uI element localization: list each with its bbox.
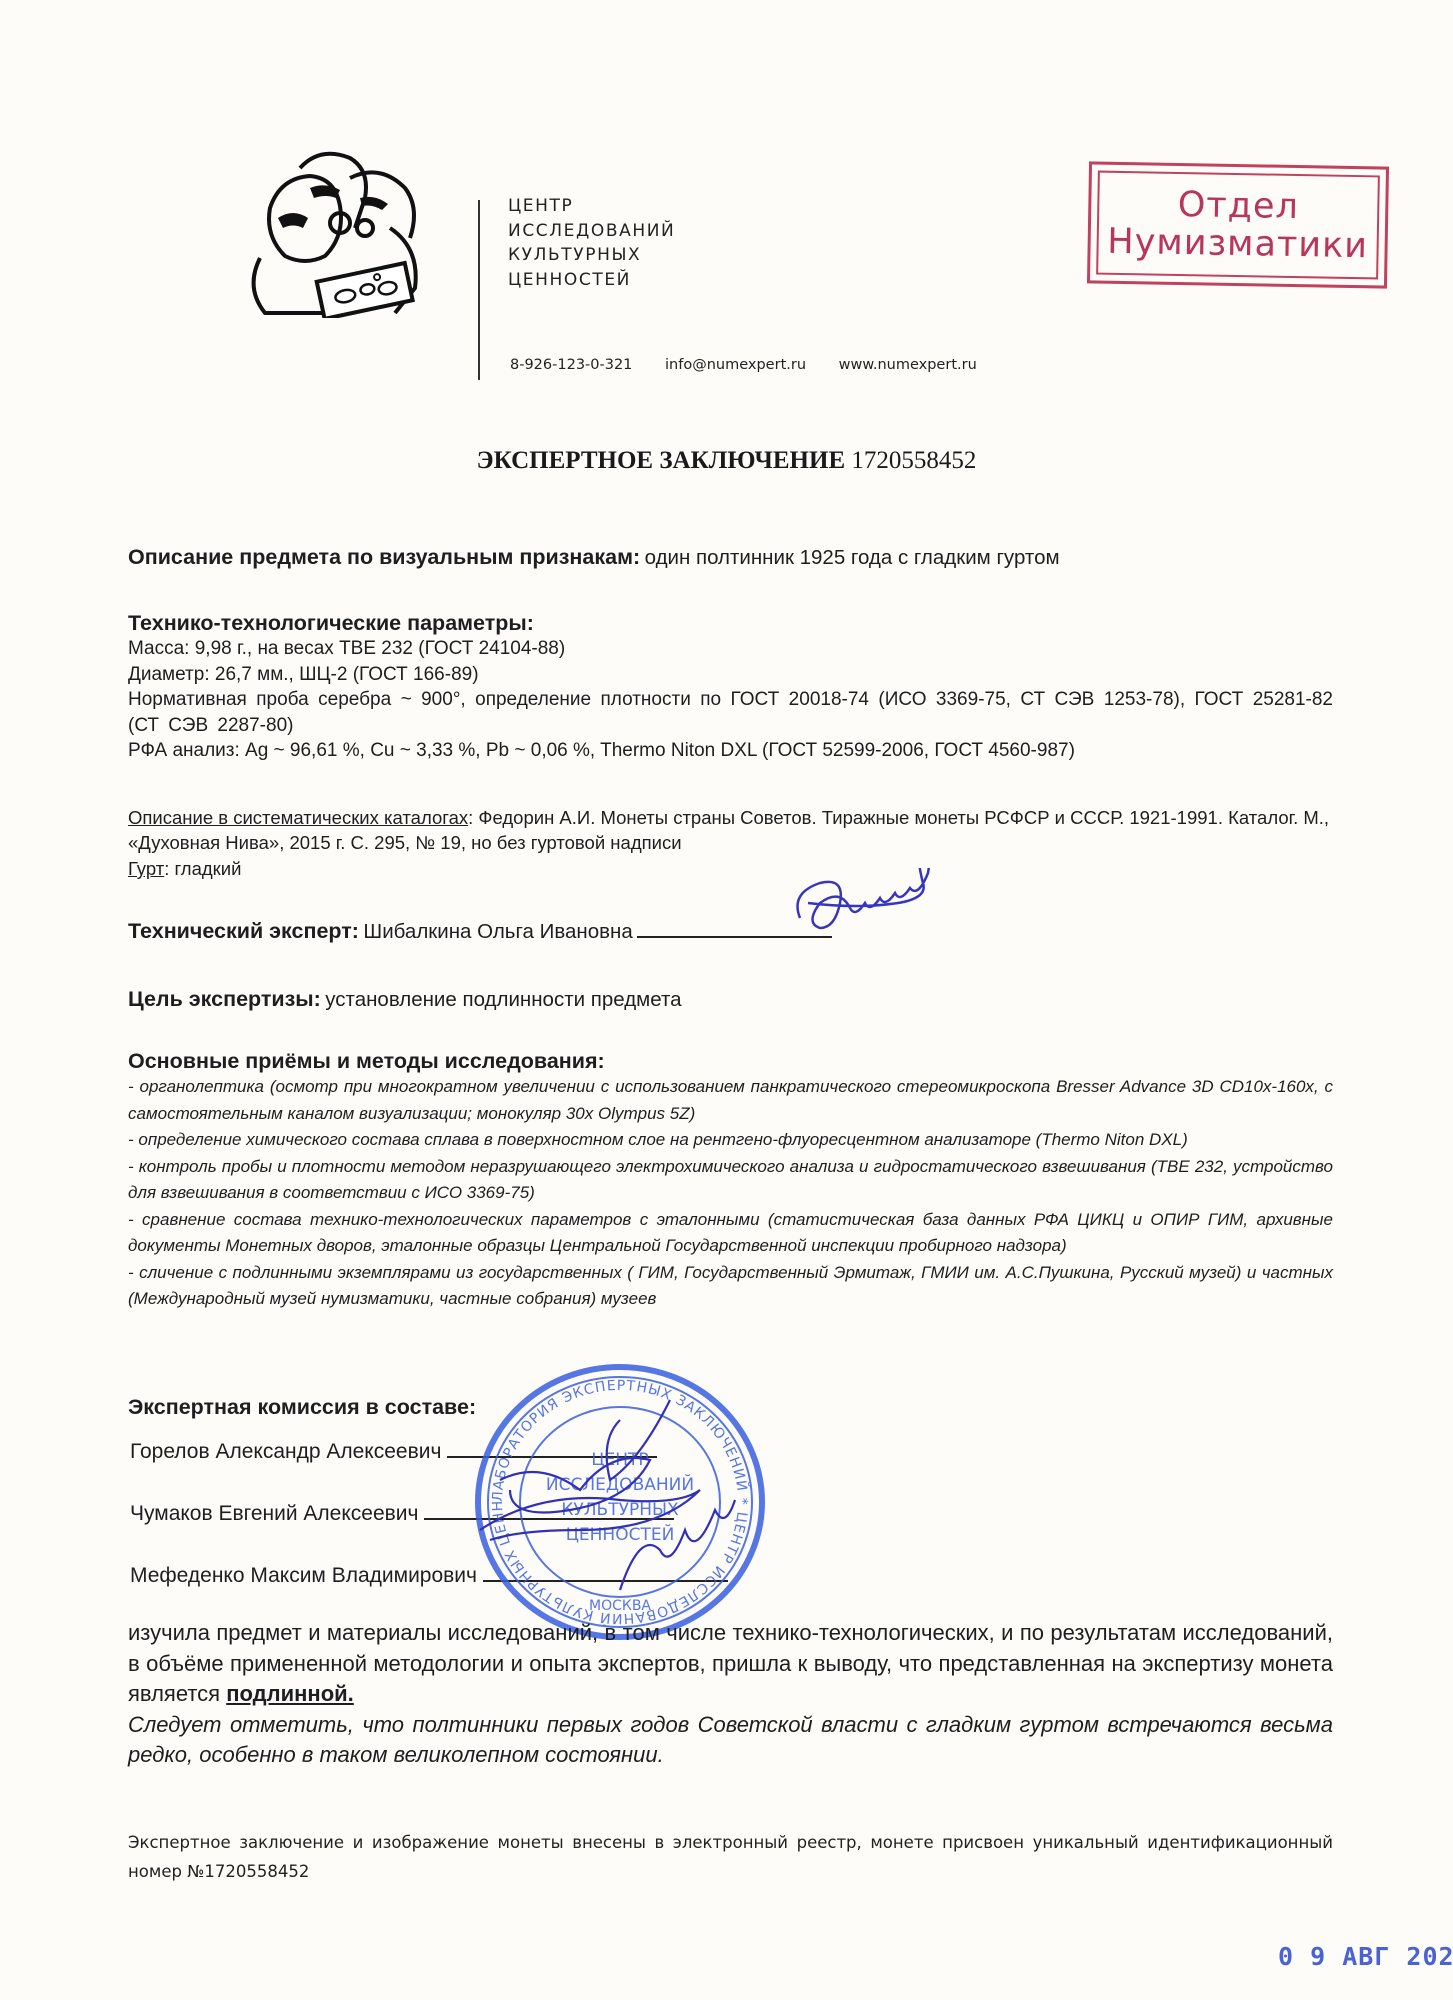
catalog-label: Описание в систематических каталогах: [128, 807, 468, 828]
tech-expert-label: Технический эксперт:: [128, 919, 359, 943]
method-item: - сравнение состава технико-технологичес…: [128, 1207, 1333, 1260]
svg-text:КУЛЬТУРНЫХ: КУЛЬТУРНЫХ: [561, 1500, 679, 1520]
registry-note: Экспертное заключение и изображение моне…: [128, 1828, 1333, 1886]
description-label: Описание предмета по визуальным признака…: [128, 545, 640, 569]
edge-info: Гурт: гладкий: [128, 856, 1333, 882]
dept-stamp-line: Отдел: [1177, 186, 1299, 226]
param-purity: Нормативная проба серебра ~ 900°, опреде…: [128, 687, 1333, 738]
org-line: КУЛЬТУРНЫХ: [508, 243, 675, 268]
header-divider: [478, 200, 480, 380]
purpose-label: Цель экспертизы:: [128, 987, 321, 1011]
certificate-number: 1720558452: [851, 447, 976, 474]
title-label: ЭКСПЕРТНОЕ ЗАКЛЮЧЕНИЕ: [477, 447, 846, 474]
email-link[interactable]: info@numexpert.ru: [665, 357, 806, 373]
edge-label: Гурт: [128, 858, 164, 879]
tech-params-label: Технико-технологические параметры:: [128, 610, 1333, 636]
purpose-value: установление подлинности предмета: [325, 988, 681, 1011]
conclusion-text: изучила предмет и материалы исследований…: [128, 1618, 1333, 1771]
phone-number: 8-926-123-0-321: [510, 357, 632, 373]
org-line: ЦЕНТР: [508, 194, 675, 219]
date-stamp: 0 9 АВГ 2023: [1278, 1942, 1453, 1971]
description-value: один полтинник 1925 года с гладким гурто…: [645, 546, 1060, 569]
svg-text:МОСКВА: МОСКВА: [589, 1598, 651, 1614]
org-line: ЦЕННОСТЕЙ: [508, 268, 675, 293]
tech-expert-signature-icon: [780, 868, 970, 948]
method-item: - определение химического состава сплава…: [128, 1127, 1333, 1154]
technical-parameters: Технико-технологические параметры: Масса…: [128, 610, 1333, 764]
department-stamp: Отдел Нумизматики: [1087, 161, 1389, 288]
tech-expert-name: Шибалкина Ольга Ивановна: [363, 920, 632, 943]
contacts-line: 8-926-123-0-321 info@numexpert.ru www.nu…: [510, 357, 1005, 373]
member-name: Мефеденко Максим Владимирович: [130, 1564, 477, 1587]
organization-name: ЦЕНТР ИССЛЕДОВАНИЙ КУЛЬТУРНЫХ ЦЕННОСТЕЙ: [508, 194, 675, 292]
member-name: Горелов Александр Алексеевич: [130, 1440, 441, 1463]
examination-purpose: Цель экспертизы: установление подлинност…: [128, 987, 1333, 1012]
dept-stamp-line: Нумизматики: [1107, 223, 1368, 266]
commission-label: Экспертная комиссия в составе:: [128, 1395, 476, 1419]
method-item: - контроль пробы и плотности методом нер…: [128, 1154, 1333, 1207]
verdict: подлинной.: [226, 1681, 354, 1706]
method-item: - органолептика (осмотр при многократном…: [128, 1074, 1333, 1127]
org-line: ИССЛЕДОВАНИЙ: [508, 219, 675, 244]
logo-experts-icon: [240, 148, 440, 318]
technical-expert: Технический эксперт: Шибалкина Ольга Ива…: [128, 918, 1333, 944]
catalog-reference: Описание в систематических каталогах: Фе…: [128, 805, 1333, 855]
research-methods: Основные приёмы и методы исследования: -…: [128, 1048, 1333, 1313]
param-mass: Масса: 9,98 г., на весах ТВЕ 232 (ГОСТ 2…: [128, 636, 1333, 662]
item-description: Описание предмета по визуальным признака…: [128, 545, 1333, 570]
member-name: Чумаков Евгений Алексеевич: [130, 1502, 418, 1525]
document-title: ЭКСПЕРТНОЕ ЗАКЛЮЧЕНИЕ 1720558452: [0, 447, 1453, 475]
param-diameter: Диаметр: 26,7 мм., ШЦ-2 (ГОСТ 166-89): [128, 662, 1333, 688]
official-round-seal-icon: ЛАБОРАТОРИЯ ЭКСПЕРТНЫХ ЗАКЛЮЧЕНИЙ * ЦЕНТ…: [470, 1360, 770, 1645]
conclusion-note: Следует отметить, что полтинники первых …: [128, 1710, 1333, 1771]
methods-label: Основные приёмы и методы исследования:: [128, 1048, 1333, 1074]
edge-value: : гладкий: [164, 858, 241, 879]
expert-certificate-page: ЦЕНТР ИССЛЕДОВАНИЙ КУЛЬТУРНЫХ ЦЕННОСТЕЙ …: [0, 0, 1453, 2000]
website-link[interactable]: www.numexpert.ru: [839, 357, 977, 373]
method-item: - сличение с подлинными экземплярами из …: [128, 1260, 1333, 1313]
param-xrf: РФА анализ: Ag ~ 96,61 %, Cu ~ 3,33 %, P…: [128, 738, 1333, 764]
